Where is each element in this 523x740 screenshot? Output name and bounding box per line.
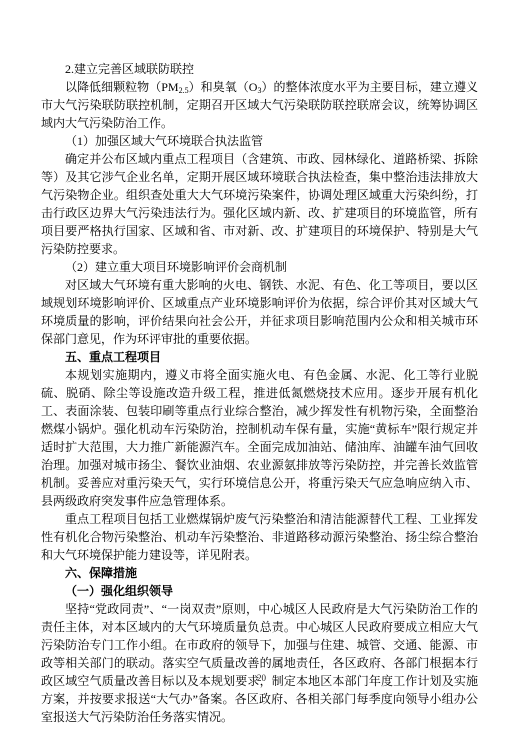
paragraph-key-projects-1: 本规划实施期内，遵义市将全面实施火电、有色金属、水泥、化工等行业脱硫、脱硝、除尘… bbox=[41, 366, 478, 510]
paragraph-joint-control: 以降低细颗粒物（PM2.5）和臭氧（O3）的整体浓度水平为主要目标，建立遵义市大… bbox=[41, 78, 478, 132]
heading-strengthen-org-leadership: （一）强化组织领导 bbox=[41, 582, 478, 600]
pm25-subscript: 2.5 bbox=[179, 86, 189, 95]
heading-safeguard-measures: 六、保障措施 bbox=[41, 564, 478, 582]
heading-key-engineering-projects: 五、重点工程项目 bbox=[41, 348, 478, 366]
paragraph-eia-consultation: 对区域大气环境有重大影响的火电、钢铁、水泥、有色、化工等项目，要以区域规划环境影… bbox=[41, 276, 478, 348]
paragraph-text: ）和臭氧（O bbox=[189, 80, 258, 94]
paragraph-key-projects-2: 重点工程项目包括工业燃煤锅炉废气污染整治和清洁能源替代工程、工业挥发性有机化合物… bbox=[41, 510, 478, 564]
document-body: 2.建立完善区域联防联控 以降低细颗粒物（PM2.5）和臭氧（O3）的整体浓度水… bbox=[41, 60, 478, 726]
document-page: 2.建立完善区域联防联控 以降低细颗粒物（PM2.5）和臭氧（O3）的整体浓度水… bbox=[0, 0, 523, 740]
paragraph-law-enforcement: 确定并公布区域内重点工程项目（含建筑、市政、园林绿化、道路桥梁、拆除等）及其它涉… bbox=[41, 150, 478, 258]
heading-eia-consultation: （2）建立重大项目环境影响评价会商机制 bbox=[41, 258, 478, 276]
heading-joint-law-enforcement: （1）加强区域大气环境联合执法监管 bbox=[41, 132, 478, 150]
heading-regional-joint-control: 2.建立完善区域联防联控 bbox=[41, 60, 478, 78]
page-number: 20 bbox=[0, 673, 523, 683]
paragraph-org-leadership: 坚持“党政同责”、“一岗双责”原则，中心城区人民政府是大气污染防治工作的责任主体… bbox=[41, 600, 478, 726]
paragraph-text: 以降低细颗粒物（PM bbox=[65, 80, 179, 94]
